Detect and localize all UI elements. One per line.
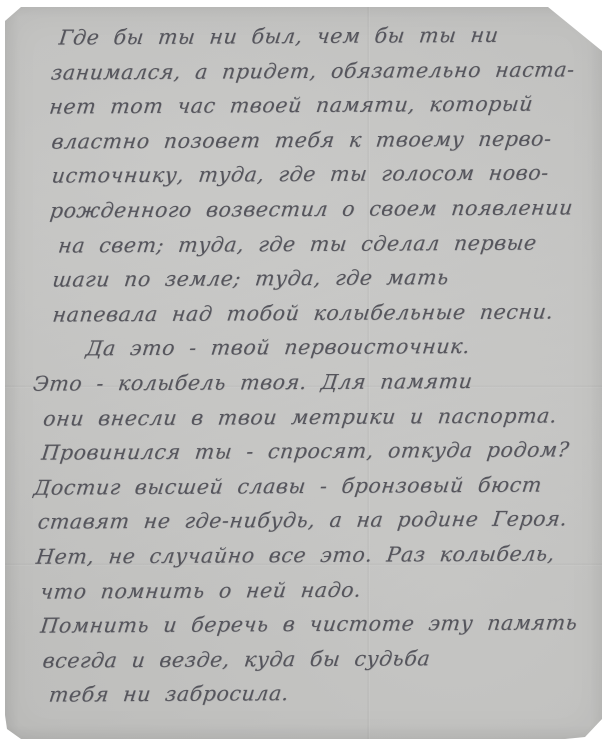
handwritten-line: Да это - твой первоисточник. [29, 329, 594, 367]
handwritten-line: властно позовет тебя к твоему перво- [28, 121, 593, 159]
handwritten-line: они внесли в твои метрики и паспорта. [29, 398, 594, 436]
handwritten-line: источнику, туда, где ты голосом ново- [28, 156, 593, 194]
handwritten-line: нет тот час твоей памяти, который [27, 86, 592, 124]
handwritten-line: занимался, а придет, обязательно наста- [27, 52, 592, 90]
handwritten-line: Помнить и беречь в чистоте эту память [31, 605, 596, 643]
handwritten-line: что помнить о ней надо. [30, 571, 595, 609]
handwritten-line: Провинился ты - спросят, откуда родом? [30, 432, 595, 470]
handwritten-line: Это - колыбель твоя. Для памяти [29, 363, 594, 401]
handwritten-line: рожденного возвестил о своем появлении [28, 190, 593, 228]
handwritten-line: ставят не где-нибудь, а на родине Героя. [30, 502, 595, 540]
handwritten-line: Достиг высшей славы - бронзовый бюст [30, 467, 595, 505]
letter-paper: Где бы ты ни был, чем бы ты низанимался,… [5, 7, 602, 739]
handwritten-line: шаги по земле; туда, где мать [28, 259, 593, 297]
scan-background: Где бы ты ни был, чем бы ты низанимался,… [0, 0, 606, 750]
letter-lines: Где бы ты ни был, чем бы ты низанимался,… [29, 17, 594, 712]
handwritten-line: тебя ни забросила. [31, 675, 596, 713]
handwritten-line: на свет; туда, где ты сделал первые [28, 225, 593, 263]
handwritten-line: всегда и везде, куда бы судьба [31, 640, 596, 678]
handwritten-line: напевала над тобой колыбельные песни. [29, 294, 594, 332]
handwritten-line: Где бы ты ни был, чем бы ты ни [27, 17, 592, 55]
handwritten-line: Нет, не случайно все это. Раз колыбель, [30, 536, 595, 574]
